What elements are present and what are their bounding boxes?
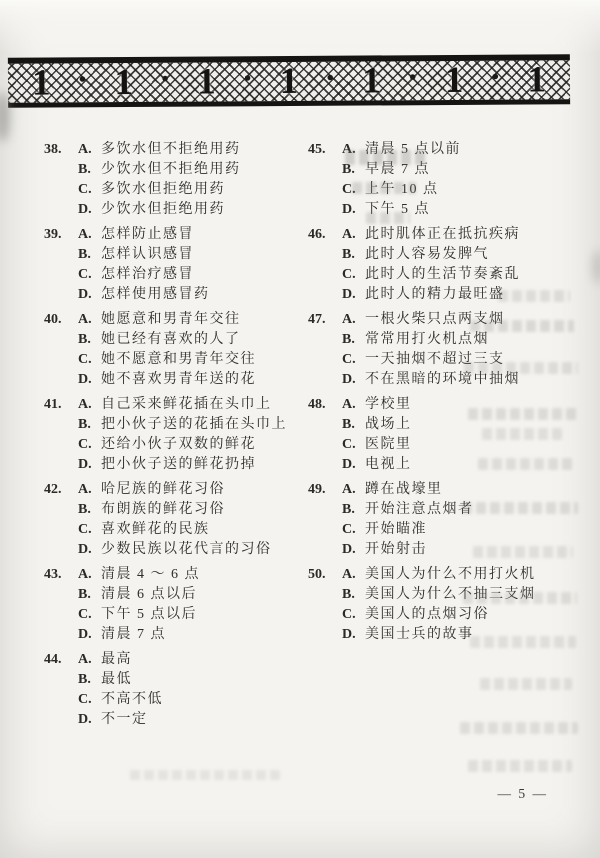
question-block: 45.A.清晨 5 点以前B.早晨 7 点C.上午 10 点D.下午 5 点 [308, 140, 590, 220]
option-line: C.喜欢鲜花的民族 [44, 520, 306, 540]
questions-column-right: 45.A.清晨 5 点以前B.早晨 7 点C.上午 10 点D.下午 5 点46… [308, 140, 590, 650]
option-line: B.开始注意点烟者 [308, 500, 590, 520]
option-line: 38.A.多饮水但不拒绝用药 [44, 140, 306, 160]
option-label: A. [78, 650, 101, 670]
option-text: 不一定 [101, 710, 148, 730]
option-label: A. [78, 310, 101, 330]
option-line: D.怎样使用感冒药 [44, 285, 306, 305]
option-text: 电视上 [365, 455, 412, 475]
option-line: B.最低 [44, 670, 306, 690]
question-number: 39. [44, 225, 78, 245]
header-band: 1·1·1·1·1·1·1 [8, 54, 570, 107]
option-line: C.一天抽烟不超过三支 [308, 350, 590, 370]
option-line: D.少数民族以花代言的习俗 [44, 540, 306, 560]
band-separator-dot: · [324, 61, 336, 95]
option-line: C.多饮水但拒绝用药 [44, 180, 306, 200]
option-label: C. [78, 265, 101, 285]
option-label: B. [342, 330, 365, 350]
option-label: C. [78, 520, 101, 540]
option-text: 喜欢鲜花的民族 [101, 520, 210, 540]
option-line: D.少饮水但拒绝用药 [44, 200, 306, 220]
option-line: B.早晨 7 点 [308, 160, 590, 180]
question-number: 47. [308, 310, 342, 330]
question-number: 46. [308, 225, 342, 245]
option-line: C.还给小伙子双数的鲜花 [44, 435, 306, 455]
option-text: 开始注意点烟者 [365, 500, 474, 520]
question-block: 49.A.蹲在战壕里B.开始注意点烟者C.开始瞄准D.开始射击 [308, 480, 590, 560]
option-label: B. [78, 585, 101, 605]
option-line: 43.A.清晨 4 ～ 6 点 [44, 565, 306, 585]
option-label: D. [342, 285, 365, 305]
option-label: D. [342, 540, 365, 560]
option-line: D.此时人的精力最旺盛 [308, 285, 590, 305]
option-label: D. [78, 200, 101, 220]
option-label: A. [342, 565, 365, 585]
band-separator-dot: · [159, 62, 171, 96]
option-line: 50.A.美国人为什么不用打火机 [308, 565, 590, 585]
question-block: 50.A.美国人为什么不用打火机B.美国人为什么不抽三支烟C.美国人的点烟习俗D… [308, 565, 590, 645]
option-line: C.医院里 [308, 435, 590, 455]
option-text: 怎样治疗感冒 [101, 265, 194, 285]
option-label: A. [78, 395, 101, 415]
option-text: 战场上 [365, 415, 412, 435]
option-text: 蹲在战壕里 [365, 480, 443, 500]
question-block: 41.A.自己采来鲜花插在头巾上B.把小伙子送的花插在头巾上C.还给小伙子双数的… [44, 395, 306, 475]
option-label: B. [78, 330, 101, 350]
option-label: B. [342, 585, 365, 605]
option-label: D. [342, 370, 365, 390]
option-text: 把小伙子送的花插在头巾上 [101, 415, 287, 435]
option-label: A. [342, 140, 365, 160]
band-separator-dot: · [242, 62, 254, 96]
band-digit: 1 [197, 63, 216, 100]
option-text: 一根火柴只点两支烟 [365, 310, 505, 330]
option-text: 医院里 [365, 435, 412, 455]
question-block: 42.A.哈尼族的鲜花习俗B.布朗族的鲜花习俗C.喜欢鲜花的民族D.少数民族以花… [44, 480, 306, 560]
option-line: D.不在黑暗的环境中抽烟 [308, 370, 590, 390]
option-label: C. [78, 690, 101, 710]
option-text: 她不愿意和男青年交往 [101, 350, 256, 370]
option-line: 46.A.此时肌体正在抵抗疾病 [308, 225, 590, 245]
band-digit: 1 [445, 62, 464, 99]
question-number: 45. [308, 140, 342, 160]
option-label: A. [78, 480, 101, 500]
option-line: 40.A.她愿意和男青年交往 [44, 310, 306, 330]
option-label: B. [78, 500, 101, 520]
scan-smudge [592, 250, 600, 284]
option-label: B. [78, 670, 101, 690]
option-line: D.电视上 [308, 455, 590, 475]
option-line: D.不一定 [44, 710, 306, 730]
band-separator-dot: · [407, 61, 419, 95]
option-line: B.常常用打火机点烟 [308, 330, 590, 350]
option-line: D.把小伙子送的鲜花扔掉 [44, 455, 306, 475]
option-line: 39.A.怎样防止感冒 [44, 225, 306, 245]
option-text: 多饮水但不拒绝用药 [101, 140, 241, 160]
question-number: 42. [44, 480, 78, 500]
question-block: 47.A.一根火柴只点两支烟B.常常用打火机点烟C.一天抽烟不超过三支D.不在黑… [308, 310, 590, 390]
option-text: 美国士兵的故事 [365, 625, 474, 645]
option-label: A. [78, 140, 101, 160]
option-label: D. [78, 540, 101, 560]
option-text: 哈尼族的鲜花习俗 [101, 480, 225, 500]
option-text: 清晨 6 点以后 [101, 585, 197, 605]
option-line: B.她已经有喜欢的人了 [44, 330, 306, 350]
option-text: 清晨 5 点以前 [365, 140, 461, 160]
option-line: C.开始瞄准 [308, 520, 590, 540]
option-label: A. [342, 395, 365, 415]
option-text: 自己采来鲜花插在头巾上 [101, 395, 272, 415]
option-line: 42.A.哈尼族的鲜花习俗 [44, 480, 306, 500]
bleed-through-artifact [130, 770, 280, 780]
option-text: 还给小伙子双数的鲜花 [101, 435, 256, 455]
option-line: 47.A.一根火柴只点两支烟 [308, 310, 590, 330]
option-text: 此时人容易发脾气 [365, 245, 489, 265]
option-text: 不高不低 [101, 690, 163, 710]
option-text: 不在黑暗的环境中抽烟 [365, 370, 520, 390]
question-block: 39.A.怎样防止感冒B.怎样认识感冒C.怎样治疗感冒D.怎样使用感冒药 [44, 225, 306, 305]
option-text: 下午 5 点以后 [101, 605, 197, 625]
question-block: 38.A.多饮水但不拒绝用药B.少饮水但不拒绝用药C.多饮水但拒绝用药D.少饮水… [44, 140, 306, 220]
option-line: B.布朗族的鲜花习俗 [44, 500, 306, 520]
option-line: B.清晨 6 点以后 [44, 585, 306, 605]
option-text: 少饮水但不拒绝用药 [101, 160, 241, 180]
scanned-test-page: 1·1·1·1·1·1·1 38.A.多饮水但不拒绝用药B.少饮水但不拒绝用药C… [0, 0, 600, 858]
option-text: 她已经有喜欢的人了 [101, 330, 241, 350]
option-line: C.上午 10 点 [308, 180, 590, 200]
option-line: B.少饮水但不拒绝用药 [44, 160, 306, 180]
question-number: 43. [44, 565, 78, 585]
questions-column-left: 38.A.多饮水但不拒绝用药B.少饮水但不拒绝用药C.多饮水但拒绝用药D.少饮水… [44, 140, 306, 735]
option-label: B. [78, 160, 101, 180]
question-number: 44. [44, 650, 78, 670]
question-number: 50. [308, 565, 342, 585]
question-number: 49. [308, 480, 342, 500]
option-line: B.怎样认识感冒 [44, 245, 306, 265]
option-label: D. [78, 455, 101, 475]
option-text: 怎样防止感冒 [101, 225, 194, 245]
option-label: C. [342, 435, 365, 455]
option-line: C.她不愿意和男青年交往 [44, 350, 306, 370]
option-line: C.怎样治疗感冒 [44, 265, 306, 285]
option-text: 此时肌体正在抵抗疾病 [365, 225, 520, 245]
option-line: D.下午 5 点 [308, 200, 590, 220]
band-separator-dot: · [77, 63, 89, 97]
option-text: 少饮水但拒绝用药 [101, 200, 225, 220]
option-label: D. [78, 285, 101, 305]
option-line: D.清晨 7 点 [44, 625, 306, 645]
band-digit: 1 [280, 63, 299, 100]
page-number: — 5 — [498, 786, 549, 802]
option-label: C. [78, 435, 101, 455]
option-label: D. [342, 200, 365, 220]
option-label: B. [342, 245, 365, 265]
option-text: 怎样认识感冒 [101, 245, 194, 265]
option-label: A. [342, 310, 365, 330]
bleed-through-artifact [480, 678, 572, 690]
option-line: 48.A.学校里 [308, 395, 590, 415]
option-label: D. [78, 370, 101, 390]
option-text: 上午 10 点 [365, 180, 439, 200]
question-number: 41. [44, 395, 78, 415]
option-text: 下午 5 点 [365, 200, 430, 220]
option-label: D. [342, 455, 365, 475]
option-line: D.开始射击 [308, 540, 590, 560]
option-text: 此时人的精力最旺盛 [365, 285, 505, 305]
option-text: 一天抽烟不超过三支 [365, 350, 505, 370]
option-line: D.她不喜欢男青年送的花 [44, 370, 306, 390]
option-text: 少数民族以花代言的习俗 [101, 540, 272, 560]
option-line: B.美国人为什么不抽三支烟 [308, 585, 590, 605]
option-text: 开始射击 [365, 540, 427, 560]
option-text: 清晨 4 ～ 6 点 [101, 565, 200, 585]
question-block: 44.A.最高B.最低C.不高不低D.不一定 [44, 650, 306, 730]
option-text: 怎样使用感冒药 [101, 285, 210, 305]
band-digit: 1 [362, 62, 381, 99]
option-line: 44.A.最高 [44, 650, 306, 670]
option-label: C. [342, 180, 365, 200]
option-label: C. [78, 180, 101, 200]
option-label: C. [342, 265, 365, 285]
question-block: 46.A.此时肌体正在抵抗疾病B.此时人容易发脾气C.此时人的生活节奏紊乱D.此… [308, 225, 590, 305]
option-label: C. [342, 350, 365, 370]
option-line: 41.A.自己采来鲜花插在头巾上 [44, 395, 306, 415]
option-line: 45.A.清晨 5 点以前 [308, 140, 590, 160]
question-block: 40.A.她愿意和男青年交往B.她已经有喜欢的人了C.她不愿意和男青年交往D.她… [44, 310, 306, 390]
option-text: 早晨 7 点 [365, 160, 430, 180]
option-line: B.此时人容易发脾气 [308, 245, 590, 265]
question-block: 43.A.清晨 4 ～ 6 点B.清晨 6 点以后C.下午 5 点以后D.清晨 … [44, 565, 306, 645]
option-text: 布朗族的鲜花习俗 [101, 500, 225, 520]
option-text: 她愿意和男青年交往 [101, 310, 241, 330]
option-text: 常常用打火机点烟 [365, 330, 489, 350]
option-line: D.美国士兵的故事 [308, 625, 590, 645]
option-label: A. [342, 480, 365, 500]
option-label: C. [78, 350, 101, 370]
option-text: 她不喜欢男青年送的花 [101, 370, 256, 390]
question-number: 38. [44, 140, 78, 160]
band-digit: 1 [527, 61, 546, 98]
option-label: B. [78, 245, 101, 265]
option-text: 把小伙子送的鲜花扔掉 [101, 455, 256, 475]
option-label: C. [342, 520, 365, 540]
option-text: 美国人为什么不用打火机 [365, 565, 536, 585]
option-text: 美国人的点烟习俗 [365, 605, 489, 625]
band-digit: 1 [32, 64, 51, 101]
option-text: 开始瞄准 [365, 520, 427, 540]
bleed-through-artifact [468, 760, 572, 772]
option-label: D. [78, 710, 101, 730]
option-line: C.不高不低 [44, 690, 306, 710]
option-text: 最低 [101, 670, 132, 690]
option-line: C.此时人的生活节奏紊乱 [308, 265, 590, 285]
option-text: 最高 [101, 650, 132, 670]
option-label: A. [342, 225, 365, 245]
option-label: D. [78, 625, 101, 645]
option-label: A. [78, 565, 101, 585]
option-text: 美国人为什么不抽三支烟 [365, 585, 536, 605]
band-digit: 1 [114, 64, 133, 101]
question-number: 40. [44, 310, 78, 330]
option-line: C.美国人的点烟习俗 [308, 605, 590, 625]
question-block: 48.A.学校里B.战场上C.医院里D.电视上 [308, 395, 590, 475]
option-label: B. [342, 160, 365, 180]
option-text: 学校里 [365, 395, 412, 415]
option-text: 此时人的生活节奏紊乱 [365, 265, 520, 285]
option-line: C.下午 5 点以后 [44, 605, 306, 625]
option-text: 清晨 7 点 [101, 625, 166, 645]
option-label: B. [78, 415, 101, 435]
question-number: 48. [308, 395, 342, 415]
option-line: 49.A.蹲在战壕里 [308, 480, 590, 500]
bleed-through-artifact [460, 722, 578, 734]
option-line: B.把小伙子送的花插在头巾上 [44, 415, 306, 435]
option-label: D. [342, 625, 365, 645]
option-text: 多饮水但拒绝用药 [101, 180, 225, 200]
option-line: B.战场上 [308, 415, 590, 435]
option-label: A. [78, 225, 101, 245]
option-label: C. [342, 605, 365, 625]
band-separator-dot: · [490, 60, 502, 94]
option-label: B. [342, 415, 365, 435]
option-label: B. [342, 500, 365, 520]
option-label: C. [78, 605, 101, 625]
